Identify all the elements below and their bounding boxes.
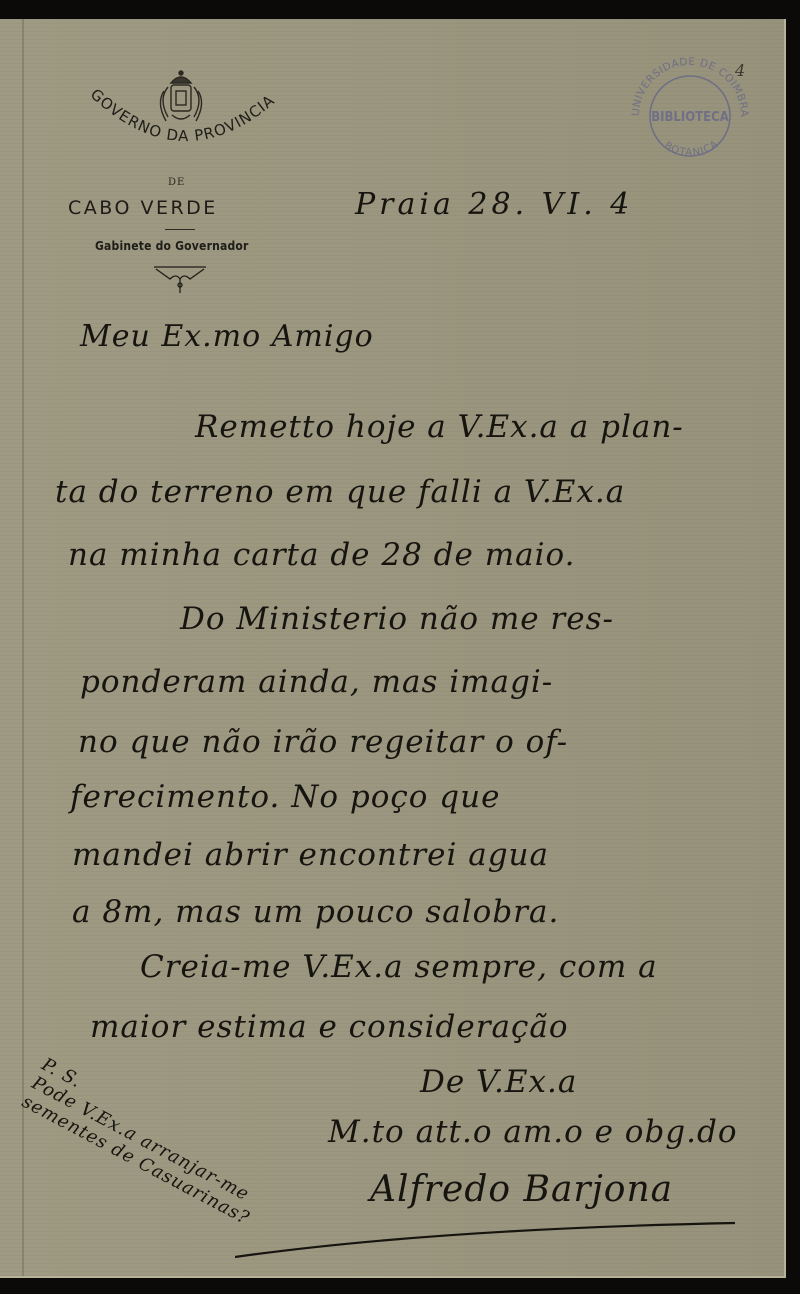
place-and-date: Praia 28. VI. 4 xyxy=(355,187,633,222)
postscript: P. S. Pode V.Ex.a arranjar-me sementes d… xyxy=(18,1054,272,1229)
body-line: no que não irão regeitar o of- xyxy=(78,724,568,760)
body-line: Creia-me V.Ex.a sempre, com a xyxy=(140,949,658,985)
body-line: Remetto hoje a V.Ex.a a plan- xyxy=(195,409,684,445)
letter-page: GOVERNO DA PROVINCIA DE CABO VERDE Gabin… xyxy=(0,19,786,1278)
letterhead-divider xyxy=(165,229,195,230)
svg-text:GOVERNO DA PROVINCIA: GOVERNO DA PROVINCIA xyxy=(87,85,279,145)
flourish-ornament-icon xyxy=(150,263,210,297)
postscript-line: Pode V.Ex.a arranjar-me xyxy=(28,1073,263,1211)
closing-formula: De V.Ex.a xyxy=(420,1064,577,1100)
svg-text:4: 4 xyxy=(734,61,745,80)
signature: Alfredo Barjona xyxy=(370,1169,673,1210)
letterhead-government-arc: GOVERNO DA PROVINCIA xyxy=(80,74,300,184)
body-line: a 8m, mas um pouco salobra. xyxy=(72,894,559,930)
svg-text:BIBLIOTECA: BIBLIOTECA xyxy=(651,110,729,125)
signature-flourish xyxy=(235,1209,755,1269)
letterhead-de: DE xyxy=(168,177,185,188)
body-line: ta do terreno em que falli a V.Ex.a xyxy=(55,474,625,510)
body-line: na minha carta de 28 de maio. xyxy=(68,537,576,573)
letterhead-office: Gabinete do Governador xyxy=(95,239,249,253)
svg-text:UNIVERSIDADE DE COIMBRA: UNIVERSIDADE DE COIMBRA xyxy=(630,56,750,118)
closing-courtesy: M.to att.o am.o e obg.do xyxy=(328,1114,738,1150)
library-stamp: UNIVERSIDADE DE COIMBRA BIBLIOTECA BOTAN… xyxy=(625,54,755,169)
salutation: Meu Ex.mo Amigo xyxy=(80,319,374,354)
svg-text:BOTANICA: BOTANICA xyxy=(662,138,720,158)
body-line: mandei abrir encontrei agua xyxy=(72,837,549,873)
body-line: ferecimento. No poço que xyxy=(70,779,500,815)
fold-line xyxy=(22,19,24,1276)
body-line: ponderam ainda, mas imagi- xyxy=(80,664,553,700)
letterhead-province: CABO VERDE xyxy=(68,197,218,219)
body-line: maior estima e consideração xyxy=(90,1009,569,1045)
body-line: Do Ministerio não me res- xyxy=(180,601,614,637)
